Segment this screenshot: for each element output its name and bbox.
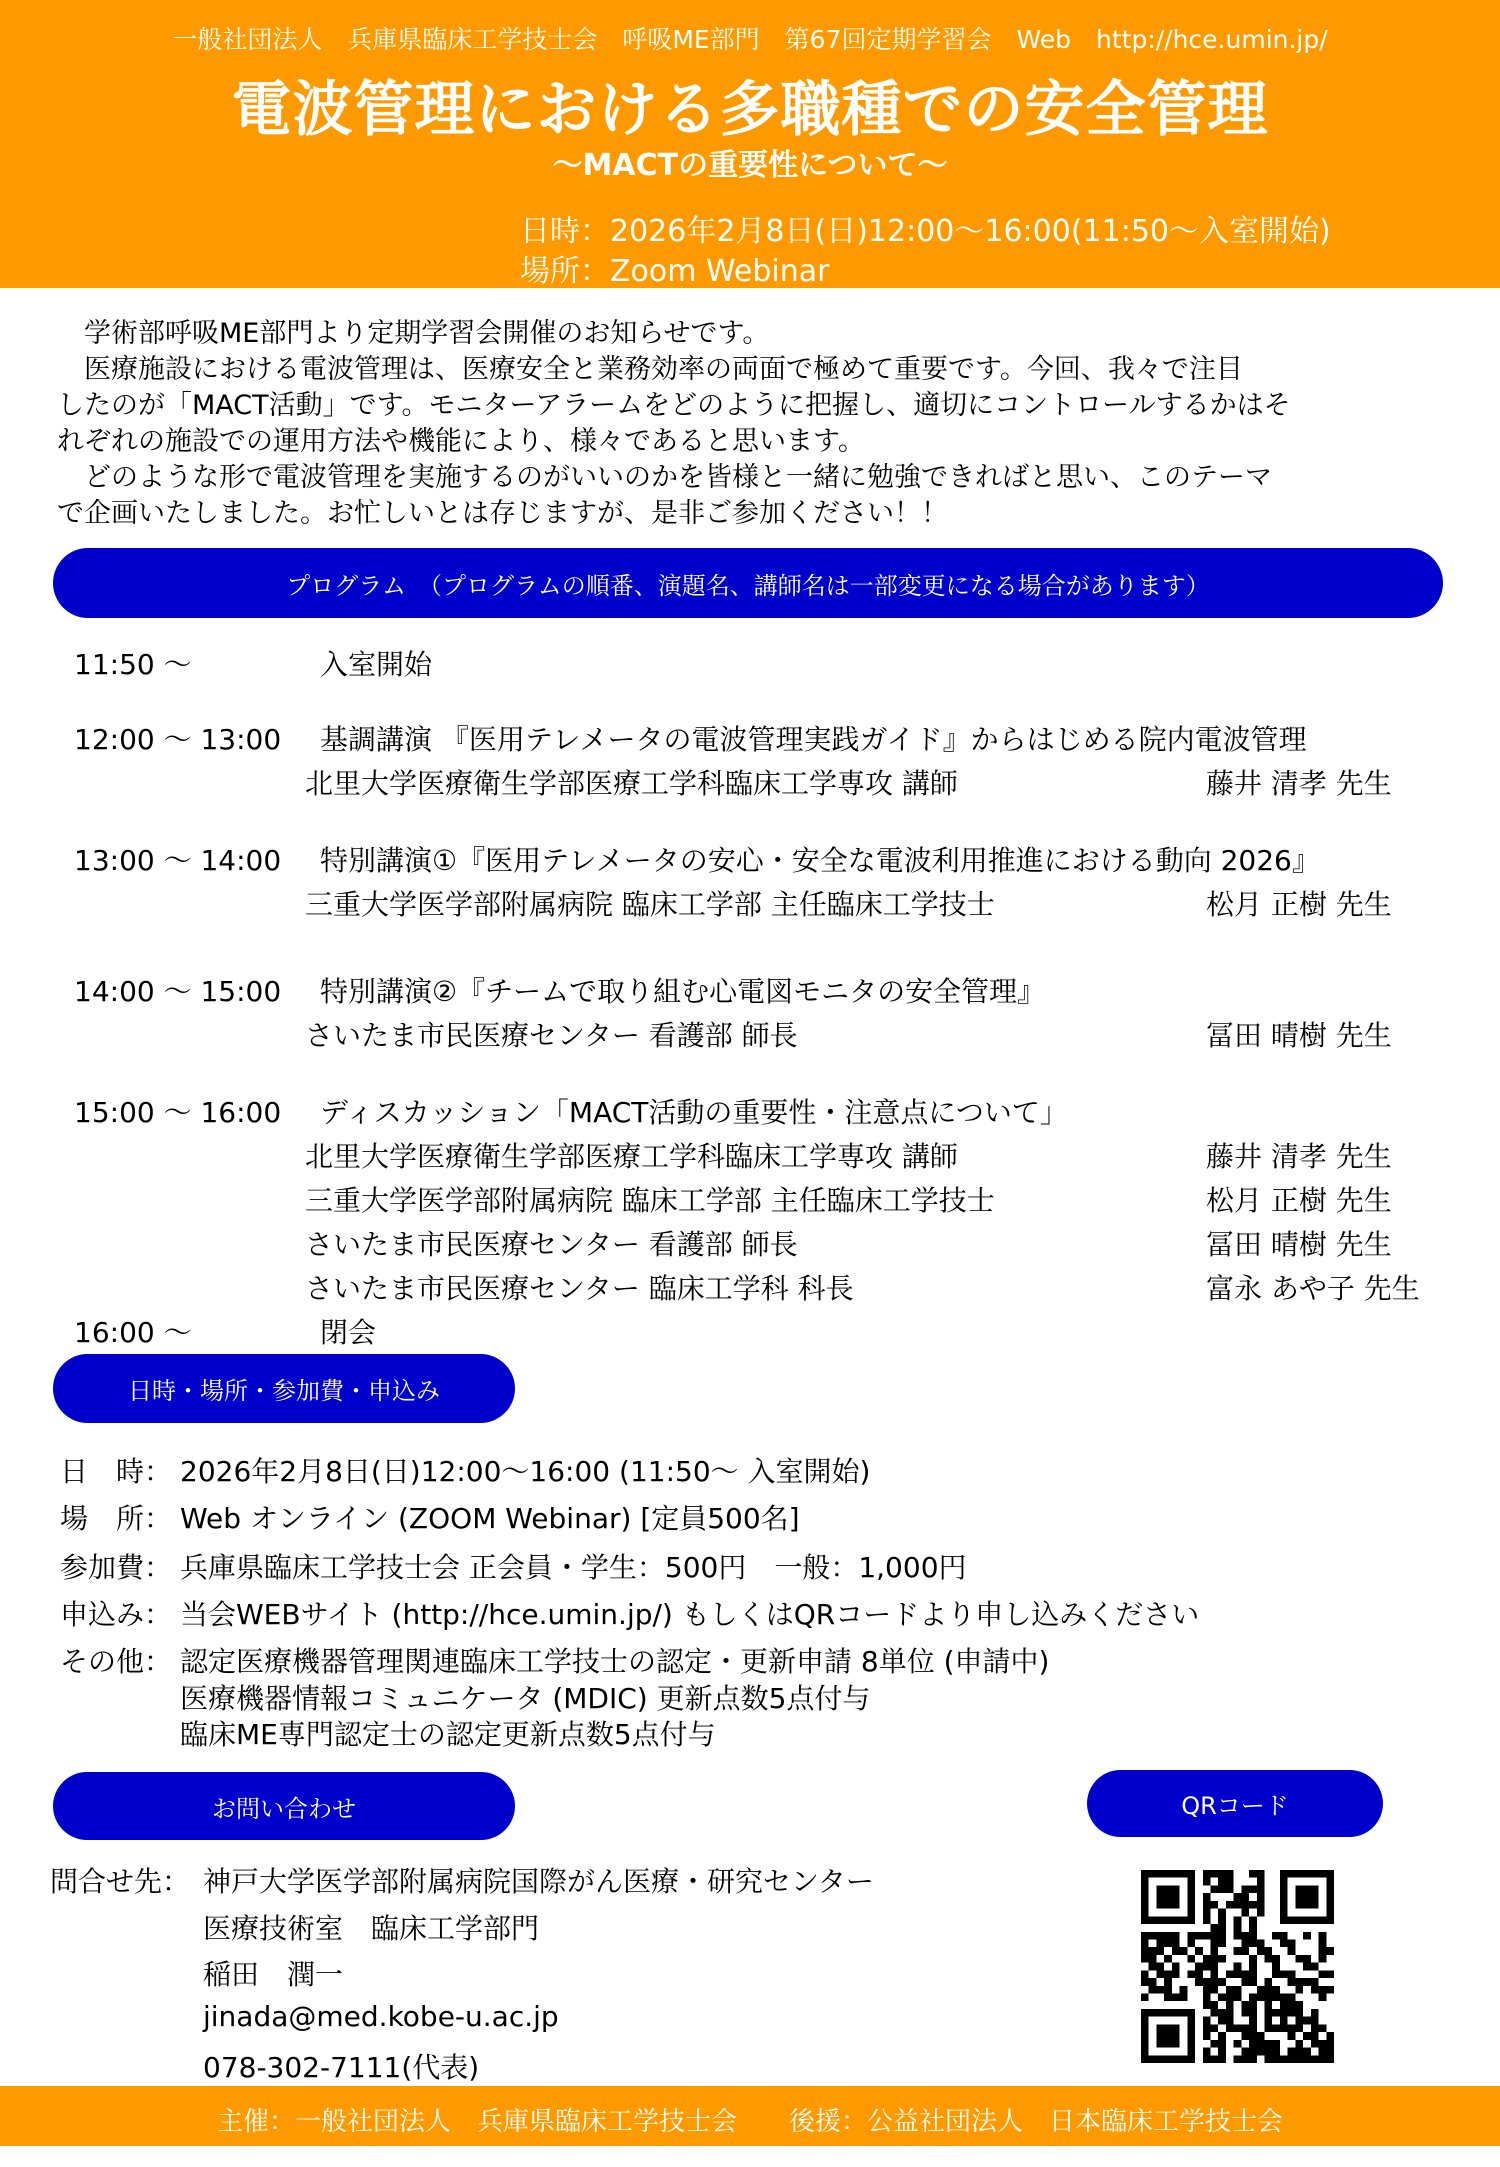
speaker-affiliation: 北里大学医療衛生学部医療工学科臨床工学専攻 講師: [305, 762, 958, 802]
detail-label-date: 日 時：: [60, 1450, 172, 1490]
program-time: 16:00 ～: [74, 1311, 192, 1351]
intro-line: どのような形で電波管理を実施するのがいいのかを皆様と一緒に勉強できればと思い、こ…: [57, 460, 1457, 496]
page-subtitle: ～MACTの重要性について～: [0, 140, 1500, 184]
contact-heading: お問い合わせ: [212, 1789, 356, 1824]
intro-paragraph: 学術部呼吸ME部門より定期学習会開催のお知らせです。 医療施設における電波管理は…: [57, 316, 1457, 532]
intro-line: したのが「MACT活動」です。モニターアラームをどのように把握し、適切にコントロ…: [57, 388, 1457, 424]
contact-line: 神戸大学医学部附属病院国際がん医療・研究センター: [203, 1860, 874, 1900]
intro-line: 学術部呼吸ME部門より定期学習会開催のお知らせです。: [57, 316, 1457, 352]
detail-value-other: 医療機器情報コミュニケータ (MDIC) 更新点数5点付与: [180, 1677, 870, 1717]
program-time: 13:00 ～ 14:00: [74, 839, 281, 879]
detail-label-place: 場 所：: [60, 1497, 172, 1537]
details-heading: 日時・場所・参加費・申込み: [128, 1371, 440, 1406]
detail-value-fee: 兵庫県臨床工学技士会 正会員・学生：500円 一般：1,000円: [180, 1546, 967, 1586]
speaker-name: 松月 正樹 先生: [1206, 1179, 1392, 1219]
page-title: 電波管理における多職種での安全管理: [0, 62, 1500, 148]
program-heading: プログラム （プログラムの順番、演題名、講師名は一部変更になる場合があります）: [286, 566, 1210, 601]
details-heading-bar: 日時・場所・参加費・申込み: [53, 1354, 515, 1423]
detail-value-other: 臨床ME専門認定士の認定更新点数5点付与: [180, 1713, 716, 1753]
program-title: 特別講演①『医用テレメータの安心・安全な電波利用推進における動向 2026』: [320, 839, 1320, 879]
detail-label-fee: 参加費：: [60, 1546, 172, 1586]
program-time: 12:00 ～ 13:00: [74, 718, 281, 758]
speaker-affiliation: さいたま市民医療センター 臨床工学科 科長: [305, 1267, 854, 1307]
speaker-affiliation: さいたま市民医療センター 看護部 師長: [305, 1014, 798, 1054]
contact-name: 稲田 潤一: [203, 1953, 343, 1993]
program-title: 入室開始: [320, 643, 432, 683]
detail-value-apply[interactable]: 当会WEBサイト (http://hce.umin.jp/) もしくはQRコード…: [180, 1593, 1199, 1633]
detail-label-other: その他：: [60, 1640, 172, 1680]
detail-label-apply: 申込み：: [60, 1593, 172, 1633]
speaker-affiliation: さいたま市民医療センター 看護部 師長: [305, 1223, 798, 1263]
speaker-affiliation: 三重大学医学部附属病院 臨床工学部 主任臨床工学技士: [305, 1179, 995, 1219]
speaker-name: 冨田 晴樹 先生: [1206, 1223, 1392, 1263]
speaker-name: 冨田 晴樹 先生: [1206, 1014, 1392, 1054]
program-title: ディスカッション「MACT活動の重要性・注意点について」: [320, 1091, 1068, 1131]
program-time: 14:00 ～ 15:00: [74, 970, 281, 1010]
speaker-name: 藤井 清孝 先生: [1206, 1135, 1392, 1175]
speaker-affiliation: 三重大学医学部附属病院 臨床工学部 主任臨床工学技士: [305, 883, 995, 923]
program-time: 11:50 ～: [74, 643, 192, 683]
contact-email[interactable]: jinada@med.kobe-u.ac.jp: [203, 2000, 559, 2033]
detail-value-date: 2026年2月8日(日)12:00～16:00 (11:50～ 入室開始): [180, 1450, 870, 1490]
intro-line: で企画いたしました。お忙しいとは存じますが、是非ご参加ください！！: [57, 496, 1457, 532]
qr-heading: QRコード: [1181, 1786, 1289, 1821]
qr-heading-bar: QRコード: [1087, 1770, 1383, 1837]
contact-label: 問合せ先：: [50, 1860, 190, 1900]
speaker-name: 松月 正樹 先生: [1206, 883, 1392, 923]
detail-value-other: 認定医療機器管理関連臨床工学技士の認定・更新申請 8単位 (申請中): [180, 1640, 1049, 1680]
qr-code-icon[interactable]: [1141, 1870, 1334, 2063]
speaker-name: 藤井 清孝 先生: [1206, 762, 1392, 802]
intro-line: れぞれの施設での運用方法や機能により、様々であると思います。: [57, 424, 1457, 460]
organizer-line: 一般社団法人 兵庫県臨床工学技士会 呼吸ME部門 第67回定期学習会 Web h…: [0, 20, 1500, 56]
header-place: 場所：Zoom Webinar: [520, 246, 830, 290]
contact-heading-bar: お問い合わせ: [53, 1772, 515, 1840]
program-time: 15:00 ～ 16:00: [74, 1091, 281, 1131]
speaker-name: 富永 あや子 先生: [1206, 1267, 1420, 1307]
contact-phone: 078-302-7111(代表): [203, 2046, 479, 2086]
contact-line: 医療技術室 臨床工学部門: [203, 1907, 539, 1947]
speaker-affiliation: 北里大学医療衛生学部医療工学科臨床工学専攻 講師: [305, 1135, 958, 1175]
program-title: 基調講演 『医用テレメータの電波管理実践ガイド』からはじめる院内電波管理: [320, 718, 1307, 758]
intro-line: 医療施設における電波管理は、医療安全と業務効率の両面で極めて重要です。今回、我々…: [57, 352, 1457, 388]
program-title: 特別講演②『チームで取り組む心電図モニタの安全管理』: [320, 970, 1045, 1010]
detail-value-place: Web オンライン (ZOOM Webinar) [定員500名]: [180, 1497, 800, 1537]
footer-sponsors: 主催：一般社団法人 兵庫県臨床工学技士会 後援：公益社団法人 日本臨床工学技士会: [0, 2101, 1500, 2138]
header-date: 日時：2026年2月8日(日)12:00～16:00(11:50～入室開始): [520, 206, 1331, 250]
program-heading-bar: プログラム （プログラムの順番、演題名、講師名は一部変更になる場合があります）: [53, 548, 1443, 618]
program-title: 閉会: [320, 1311, 376, 1351]
